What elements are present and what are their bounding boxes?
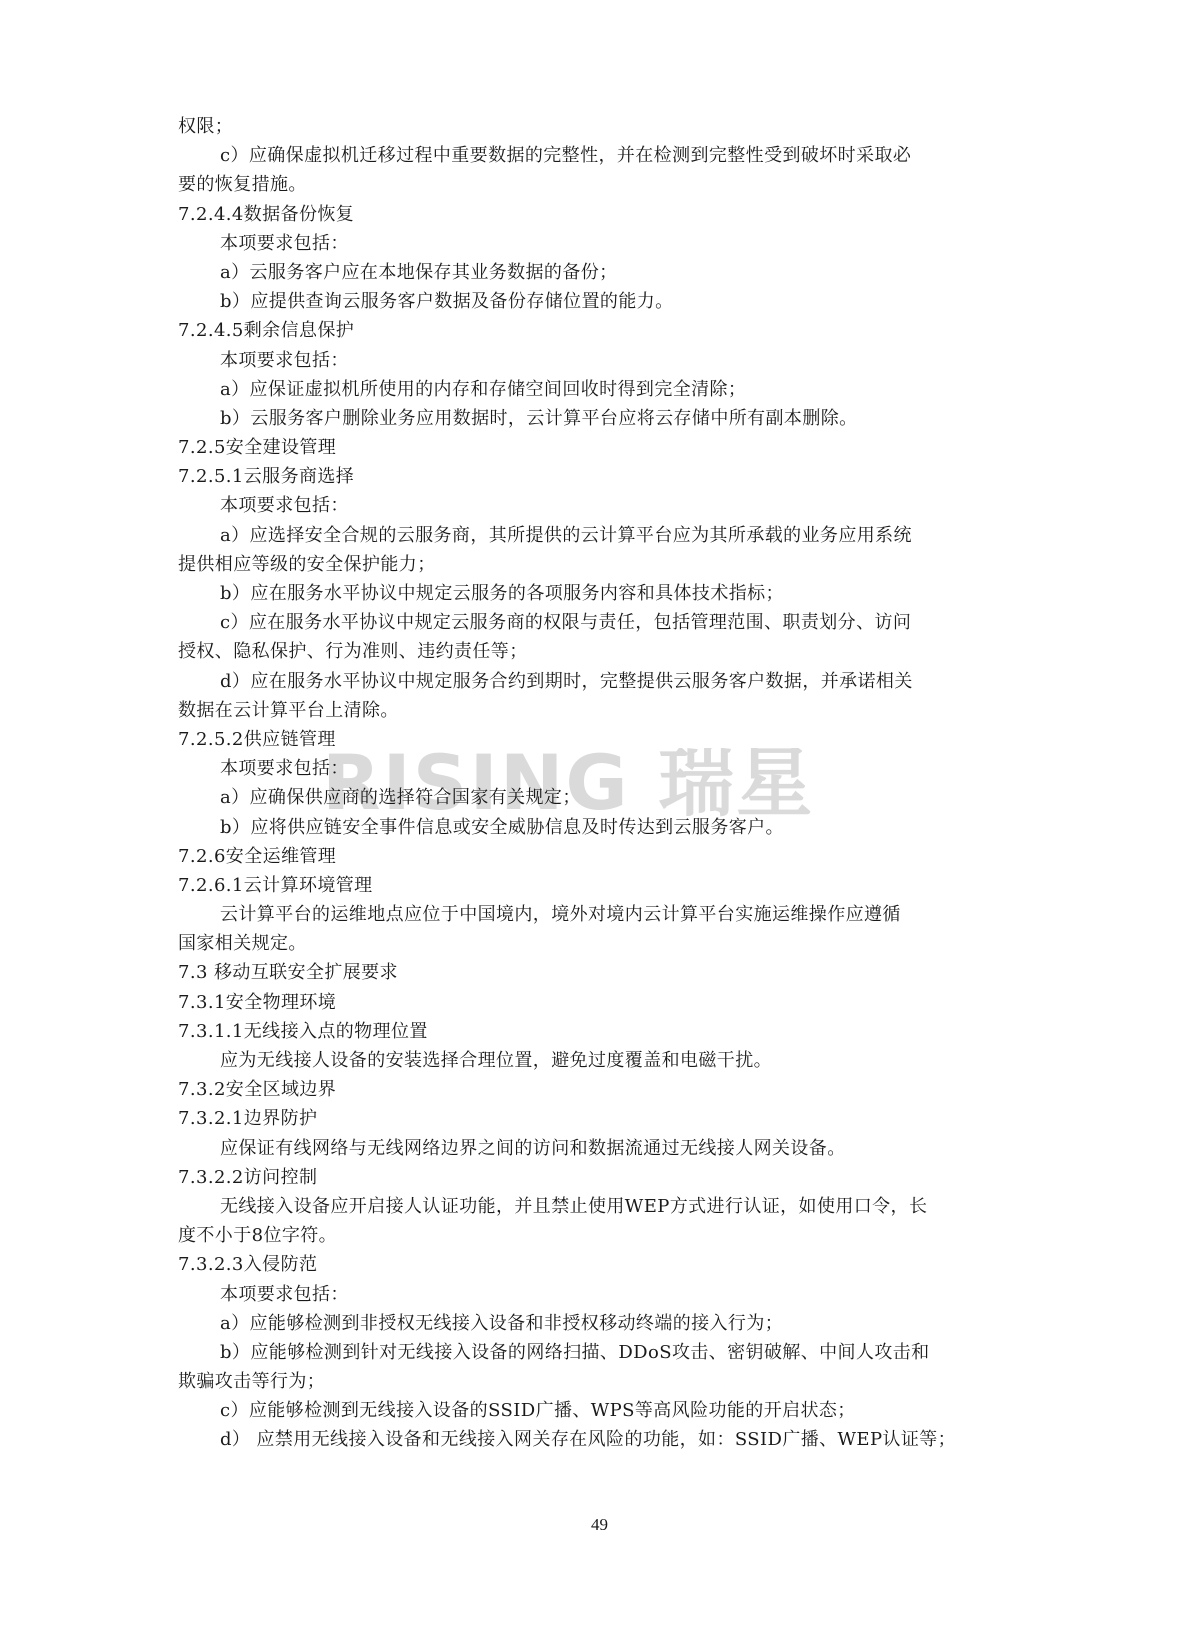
list-item: a）应确保供应商的选择符合国家有关规定； [178, 783, 990, 812]
text-line: 本项要求包括： [178, 346, 990, 375]
section-heading: 7.2.5安全建设管理 [178, 433, 990, 462]
text-line: 度不小于8位字符。 [178, 1221, 990, 1250]
page-number: 49 [0, 1515, 1199, 1535]
section-heading: 7.3.1安全物理环境 [178, 988, 990, 1017]
text-line: 无线接入设备应开启接人认证功能，并且禁止使用WEP方式进行认证，如使用口令，长 [178, 1192, 990, 1221]
section-heading: 7.2.6.1云计算环境管理 [178, 871, 990, 900]
text-line: 权限； [178, 112, 990, 141]
text-line: 欺骗攻击等行为； [178, 1367, 990, 1396]
list-item: b）应将供应链安全事件信息或安全威胁信息及时传达到云服务客户。 [178, 813, 990, 842]
section-heading: 7.2.6安全运维管理 [178, 842, 990, 871]
list-item: a）应能够检测到非授权无线接入设备和非授权移动终端的接入行为； [178, 1309, 990, 1338]
text-line: 应保证有线网络与无线网络边界之间的访问和数据流通过无线接人网关设备。 [178, 1134, 990, 1163]
section-heading: 7.3.2.2访问控制 [178, 1163, 990, 1192]
list-item: a）应保证虚拟机所使用的内存和存储空间回收时得到完全清除； [178, 375, 990, 404]
section-heading: 7.2.5.1云服务商选择 [178, 462, 990, 491]
document-page-body: 权限； c）应确保虚拟机迁移过程中重要数据的完整性，并在检测到完整性受到破坏时采… [178, 112, 990, 1455]
text-line: 本项要求包括： [178, 491, 990, 520]
section-heading: 7.3.2.1边界防护 [178, 1104, 990, 1133]
list-item: b）应提供查询云服务客户数据及备份存储位置的能力。 [178, 287, 990, 316]
text-line: 要的恢复措施。 [178, 170, 990, 199]
section-heading: 7.2.4.4数据备份恢复 [178, 200, 990, 229]
text-line: 本项要求包括： [178, 229, 990, 258]
section-heading: 7.3.2安全区域边界 [178, 1075, 990, 1104]
list-item: c）应在服务水平协议中规定云服务商的权限与责任，包括管理范围、职责划分、访问 [178, 608, 990, 637]
list-item: a）云服务客户应在本地保存其业务数据的备份； [178, 258, 990, 287]
section-heading: 7.3.2.3入侵防范 [178, 1250, 990, 1279]
text-line: 数据在云计算平台上清除。 [178, 696, 990, 725]
list-item: c）应能够检测到无线接入设备的SSID广播、WPS等高风险功能的开启状态； [178, 1396, 990, 1425]
list-item: b）云服务客户删除业务应用数据时，云计算平台应将云存储中所有副本删除。 [178, 404, 990, 433]
text-line: 应为无线接人设备的安装选择合理位置，避免过度覆盖和电磁干扰。 [178, 1046, 990, 1075]
section-heading: 7.3.1.1无线接入点的物理位置 [178, 1017, 990, 1046]
section-heading: 7.2.5.2供应链管理 [178, 725, 990, 754]
text-line: 提供相应等级的安全保护能力； [178, 550, 990, 579]
text-line: 授权、隐私保护、行为准则、违约责任等； [178, 637, 990, 666]
list-item: b）应在服务水平协议中规定云服务的各项服务内容和具体技术指标； [178, 579, 990, 608]
text-line: 本项要求包括： [178, 1280, 990, 1309]
text-line: 国家相关规定。 [178, 929, 990, 958]
list-item: d） 应禁用无线接入设备和无线接入网关存在风险的功能，如：SSID广播、WEP认… [178, 1425, 990, 1454]
list-item: b）应能够检测到针对无线接入设备的网络扫描、DDoS攻击、密钥破解、中间人攻击和 [178, 1338, 990, 1367]
list-item: d）应在服务水平协议中规定服务合约到期时，完整提供云服务客户数据，并承诺相关 [178, 667, 990, 696]
text-line: c）应确保虚拟机迁移过程中重要数据的完整性，并在检测到完整性受到破坏时采取必 [178, 141, 990, 170]
text-line: 云计算平台的运维地点应位于中国境内，境外对境内云计算平台实施运维操作应遵循 [178, 900, 990, 929]
text-line: 本项要求包括： [178, 754, 990, 783]
section-heading: 7.3 移动互联安全扩展要求 [178, 958, 990, 987]
list-item: a）应选择安全合规的云服务商，其所提供的云计算平台应为其所承载的业务应用系统 [178, 521, 990, 550]
section-heading: 7.2.4.5剩余信息保护 [178, 316, 990, 345]
